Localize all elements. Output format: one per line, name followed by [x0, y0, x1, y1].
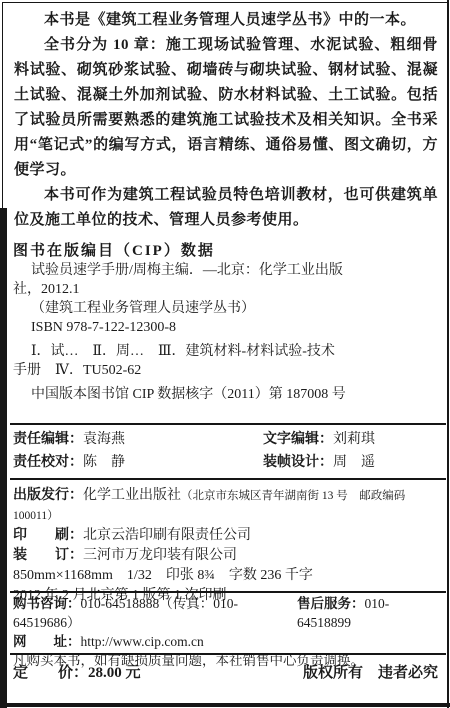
binder-row: 装 订：三河市万龙印装有限公司 — [13, 546, 439, 566]
website-label: 网 址： — [13, 634, 81, 649]
publisher-row: 出版发行：化学工业出版社（北京市东城区青年湖南街 13 号 邮政编码 10001… — [13, 486, 439, 526]
publisher-label: 出版发行： — [13, 488, 83, 503]
cip-classification-line-1: Ⅰ．试… Ⅱ．周… Ⅲ．建筑材料-材料试验-技术 — [13, 342, 439, 361]
responsible-editor-label: 责任编辑： — [13, 432, 83, 447]
text-editor-name: 刘莉琪 — [333, 432, 375, 447]
intro-section: 本书是《建筑工程业务管理人员速学丛书》中的一本。 全书分为 10 章：施工现场试… — [14, 8, 438, 233]
intro-paragraph-1: 本书是《建筑工程业务管理人员速学丛书》中的一本。 — [14, 8, 438, 33]
printer-row: 印 刷：北京云浩印刷有限责任公司 — [13, 526, 439, 546]
divider-rule-1 — [10, 423, 446, 425]
intro-paragraph-3: 本书可作为建筑工程试验员特色培训教材，也可供建筑单位及施工单位的技术、管理人员参… — [14, 183, 438, 233]
format-line: 850mm×1168mm 1/32 印张 8¾ 字数 236 千字 — [13, 566, 439, 586]
divider-rule-3 — [10, 591, 446, 593]
copyright-page: 本书是《建筑工程业务管理人员速学丛书》中的一本。 全书分为 10 章：施工现场试… — [0, 0, 450, 708]
designer: 装帧设计：周 遥 — [263, 451, 375, 474]
scan-edge-left-shadow — [0, 208, 7, 708]
cip-title-line-2: 社，2012.1 — [13, 280, 439, 299]
printer-label: 印 刷： — [13, 528, 83, 543]
divider-rule-4 — [10, 653, 446, 655]
scan-edge-left-thin — [2, 2, 3, 208]
responsible-editor: 责任编辑：袁海燕 — [13, 428, 263, 451]
cip-record-number: 中国版本图书馆 CIP 数据核字（2011）第 187008 号 — [13, 385, 439, 404]
service-phone: 售后服务：010-64518899 — [297, 594, 439, 632]
designer-label: 装帧设计： — [263, 455, 333, 470]
responsible-editor-name: 袁海燕 — [83, 432, 125, 447]
proofreader-name: 陈 静 — [83, 455, 125, 470]
text-editor: 文字编辑：刘莉琪 — [263, 428, 375, 451]
staff-section: 责任编辑：袁海燕 文字编辑：刘莉琪 责任校对：陈 静 装帧设计：周 遥 — [13, 428, 439, 474]
cip-heading: 图书在版编目（CIP）数据 — [13, 242, 439, 261]
cip-isbn: ISBN 978-7-122-12300-8 — [13, 318, 439, 337]
proofreader-label: 责任校对： — [13, 455, 83, 470]
service-phone-label: 售后服务： — [297, 596, 365, 611]
order-phone: 购书咨询：010-64518888（传真：010-64519686） — [13, 594, 297, 632]
binder-name: 三河市万龙印装有限公司 — [83, 548, 237, 563]
binder-label: 装 订： — [13, 548, 83, 563]
text-editor-label: 文字编辑： — [263, 432, 333, 447]
footer-section: 定 价：28.00 元 版权所有 违者必究 — [13, 661, 438, 682]
copyright-notice: 版权所有 违者必究 — [303, 661, 438, 682]
divider-rule-2 — [10, 478, 446, 480]
staff-row-1: 责任编辑：袁海燕 文字编辑：刘莉琪 — [13, 428, 439, 451]
publisher-name: 化学工业出版社 — [83, 488, 181, 503]
cip-classification-line-2: 手册 Ⅳ．TU502-62 — [13, 361, 439, 380]
intro-paragraph-2: 全书分为 10 章：施工现场试验管理、水泥试验、粗细骨料试验、砌筑砂浆试验、砌墙… — [14, 33, 438, 183]
publishing-section: 出版发行：化学工业出版社（北京市东城区青年湖南街 13 号 邮政编码 10001… — [13, 486, 439, 606]
staff-row-2: 责任校对：陈 静 装帧设计：周 遥 — [13, 451, 439, 474]
printer-name: 北京云浩印刷有限责任公司 — [83, 528, 251, 543]
scan-edge-bottom — [0, 703, 450, 707]
scan-edge-right — [447, 0, 449, 708]
scan-edge-top — [2, 2, 448, 3]
website-url: http://www.cip.com.cn — [81, 634, 204, 649]
order-phone-label: 购书咨询： — [13, 596, 81, 611]
designer-name: 周 遥 — [333, 455, 375, 470]
price-label: 定 价： — [13, 665, 88, 681]
cip-series: （建筑工程业务管理人员速学丛书） — [13, 299, 439, 318]
cip-section: 图书在版编目（CIP）数据 试验员速学手册/周梅主编．—北京：化学工业出版 社，… — [13, 242, 439, 404]
contact-phones-row: 购书咨询：010-64518888（传真：010-64519686） 售后服务：… — [13, 594, 439, 632]
price: 定 价：28.00 元 — [13, 661, 141, 682]
price-value: 28.00 元 — [88, 665, 141, 681]
contact-section: 购书咨询：010-64518888（传真：010-64519686） 售后服务：… — [13, 594, 439, 670]
website-row: 网 址：http://www.cip.com.cn — [13, 632, 439, 651]
cip-title-line-1: 试验员速学手册/周梅主编．—北京：化学工业出版 — [13, 261, 439, 280]
proofreader: 责任校对：陈 静 — [13, 451, 263, 474]
